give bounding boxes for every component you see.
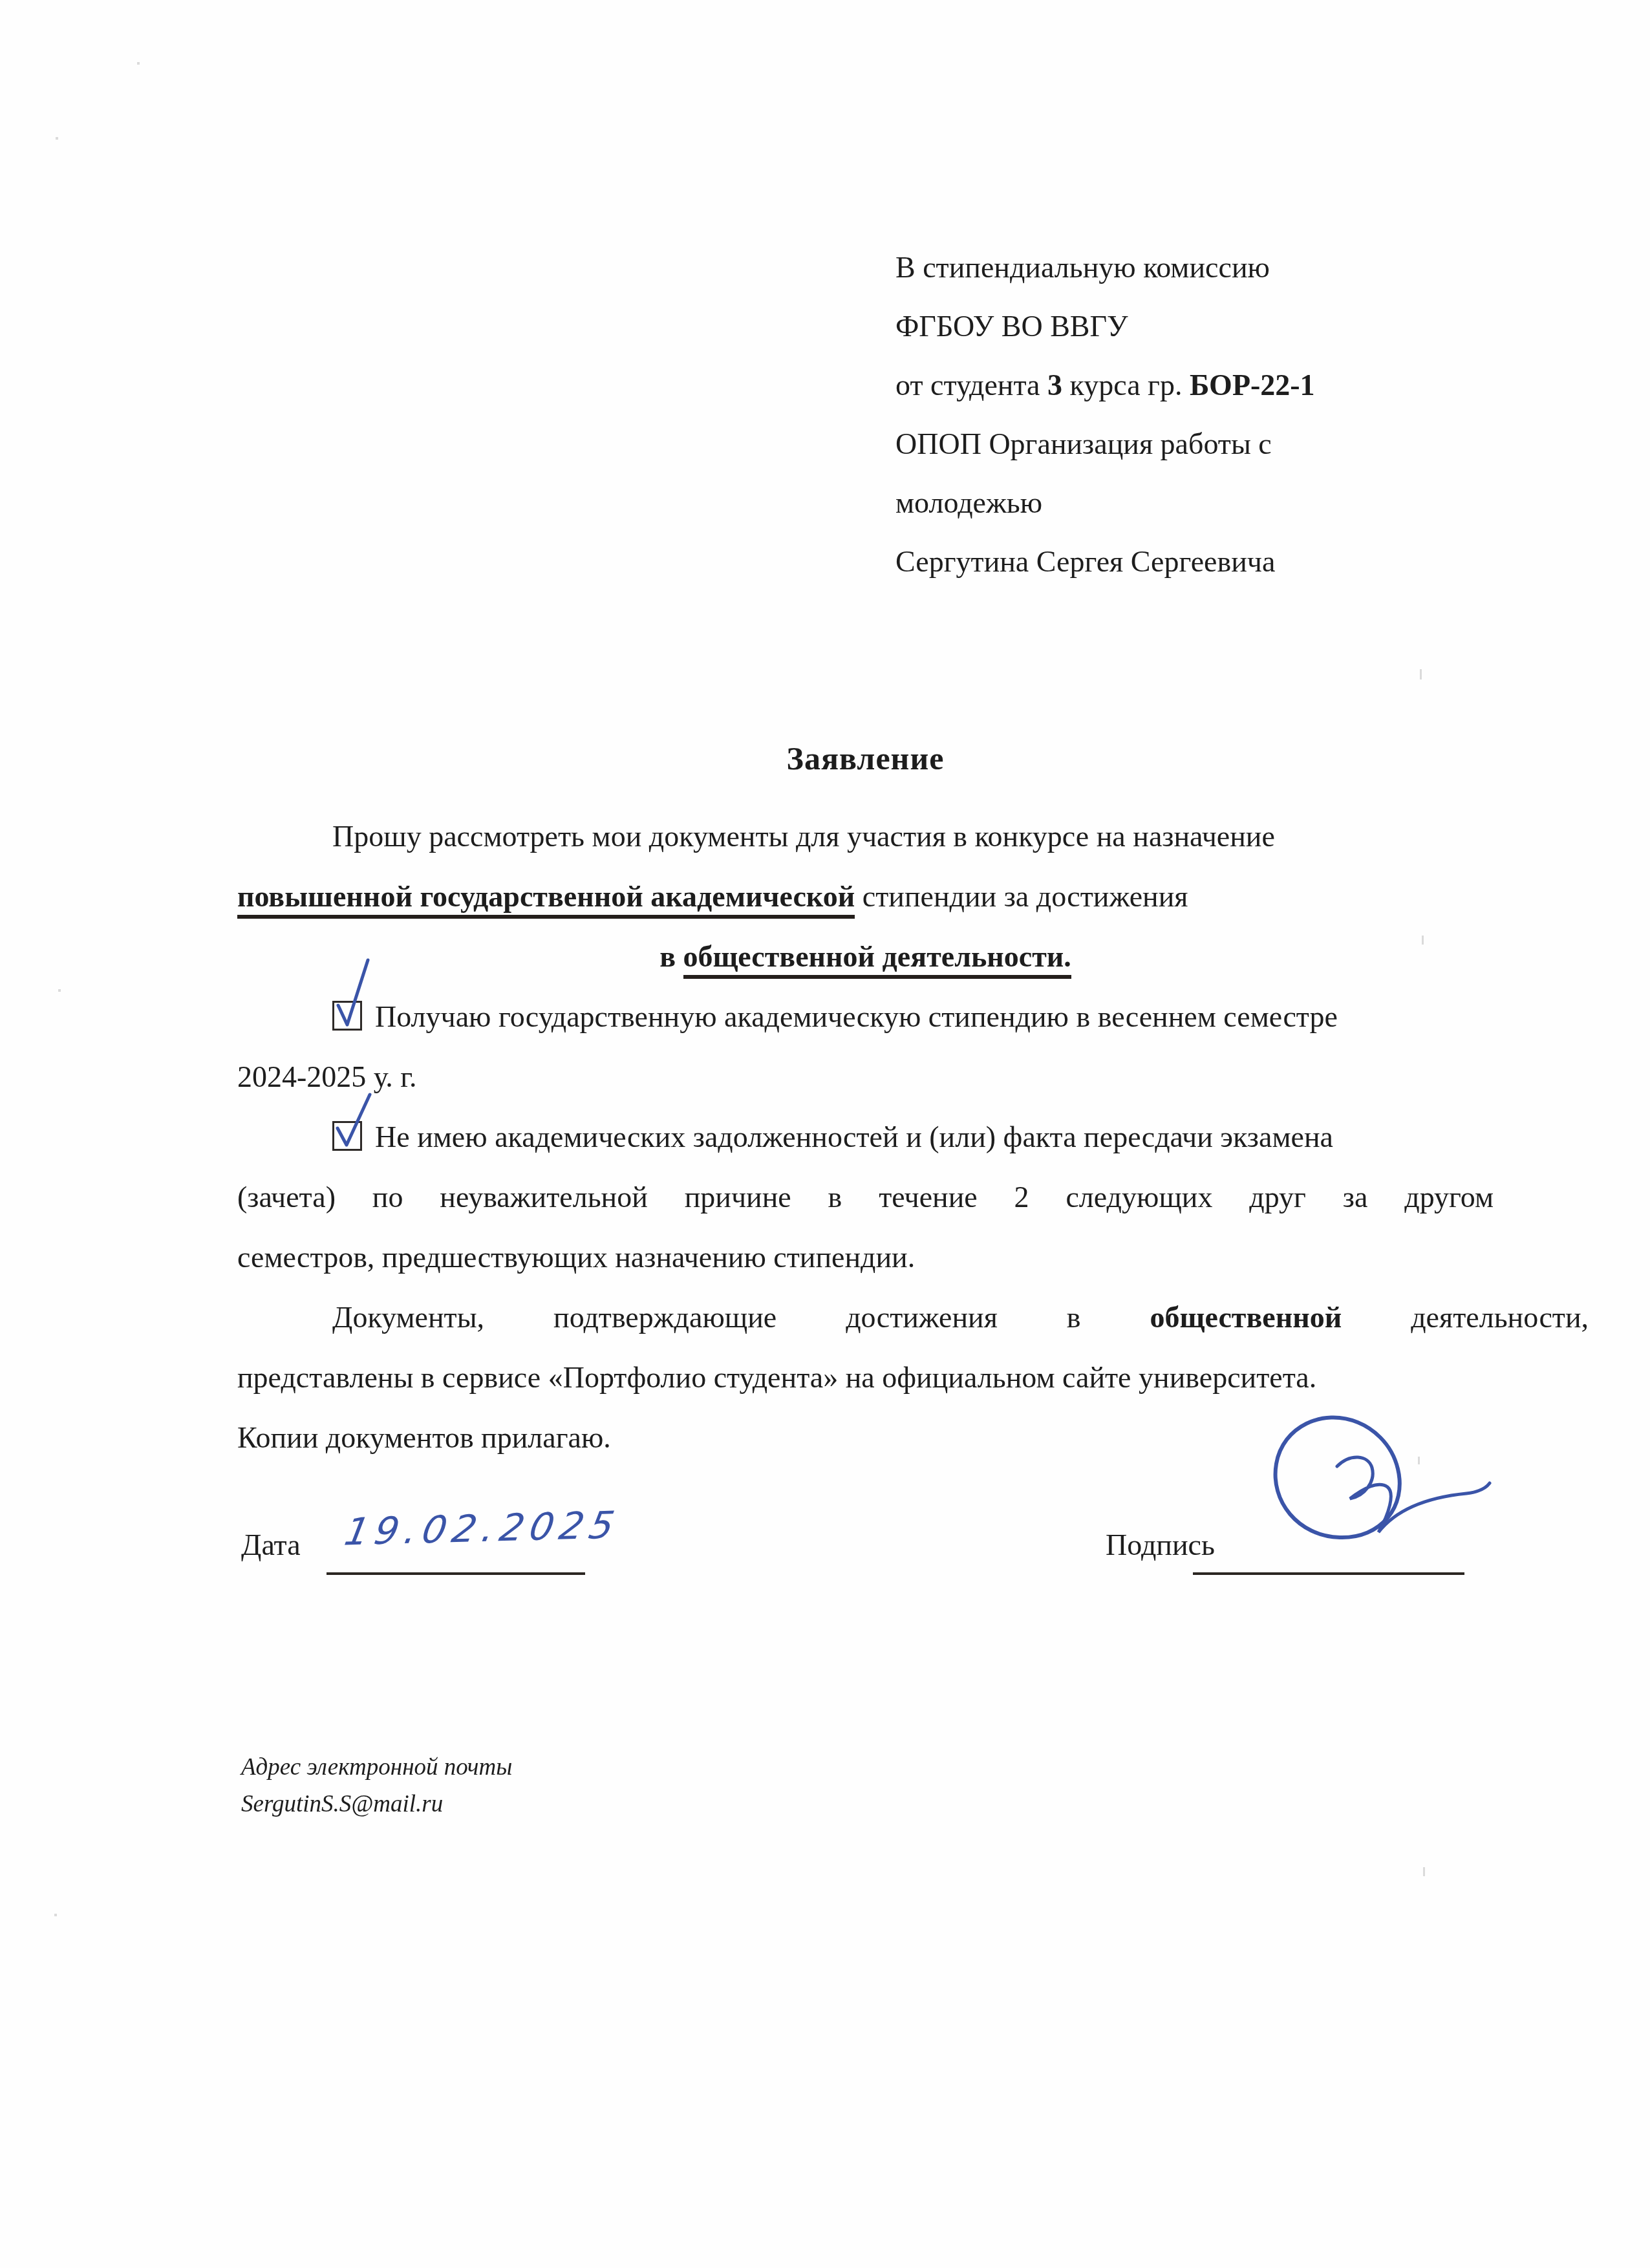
recipient-from-text: от студента [895,369,1040,401]
recipient-group-text: курса гр. [1070,369,1183,401]
course-number: 3 [1047,369,1062,401]
paragraph1-line3-prefix: в [659,940,676,973]
paragraph3-line1-pre: Документы, подтверждающие достижения в [332,1301,1081,1334]
page-title: Заявление [237,729,1494,788]
date-underline [327,1572,585,1575]
recipient-line-2: ФГБОУ ВО ВВГУ [895,297,1574,356]
recipient-line-6: Сергутина Сергея Сергеевича [895,532,1574,591]
checkbox-item1-line1: Получаю государственную академическую ст… [237,987,1589,1046]
handwritten-signature-icon [1261,1403,1494,1578]
paragraph3-line2: представлены в сервисе «Портфолио студен… [237,1348,1494,1407]
scan-speck [1422,936,1424,945]
scan-speck [56,137,58,140]
checkbox-2 [332,1121,362,1151]
scan-speck [137,62,140,65]
scan-speck [1420,669,1422,679]
activity-type-emphasis: общественной деятельности. [683,940,1071,979]
signature-label: Подпись [1106,1528,1215,1562]
handwritten-date: 19.02.2025 [341,1503,624,1554]
checkbox-item2-line2: (зачета) по неуважительной причине в теч… [237,1168,1494,1226]
scanned-application-page: В стипендиальную комиссию ФГБОУ ВО ВВГУ … [0,0,1650,2268]
recipient-line-3: от студента 3 курса гр. БОР-22-1 [895,356,1574,414]
checkmark-icon [330,954,376,1031]
scan-speck [54,1914,57,1916]
checkbox-item2-line3: семестров, предшествующих назначению сти… [237,1228,1494,1287]
scan-speck [58,989,61,992]
checkbox-item2-text: Не имею академических задолженностей и (… [375,1120,1333,1153]
recipient-line-4: ОПОП Организация работы с [895,414,1574,473]
recipient-line-5: молодежью [895,473,1574,532]
checkbox-item1-text: Получаю государственную академическую ст… [375,1000,1338,1033]
activity-bold-word: общественной [1150,1301,1342,1334]
email-label: Адрес электронной почты [241,1749,823,1786]
scan-speck [1423,1867,1425,1876]
scan-speck [1418,1457,1420,1464]
checkbox-item2-line1: Не имею академических задолженностей и (… [237,1107,1589,1166]
paragraph1-line1: Прошу рассмотреть мои документы для учас… [237,807,1589,866]
paragraph1-line3: в общественной деятельности. [237,927,1494,986]
group-code: БОР-22-1 [1190,369,1315,401]
checkmark-icon [331,1089,375,1151]
checkbox-item1-line2: 2024-2025 у. г. [237,1047,1494,1106]
recipient-line-1: В стипендиальную комиссию [895,238,1574,297]
paragraph1-line2-rest: стипендии за достижения [862,880,1188,913]
paragraph1-line2: повышенной государственной академической… [237,867,1494,926]
checkbox-1 [332,1001,362,1031]
email-address: SergutinS.S@mail.ru [241,1786,823,1823]
paragraph3-line1-post: деятельности, [1411,1301,1589,1334]
date-label: Дата [241,1528,301,1562]
paragraph3-line1: Документы, подтверждающие достижения в о… [237,1288,1589,1347]
scholarship-type-emphasis: повышенной государственной академической [237,880,855,919]
